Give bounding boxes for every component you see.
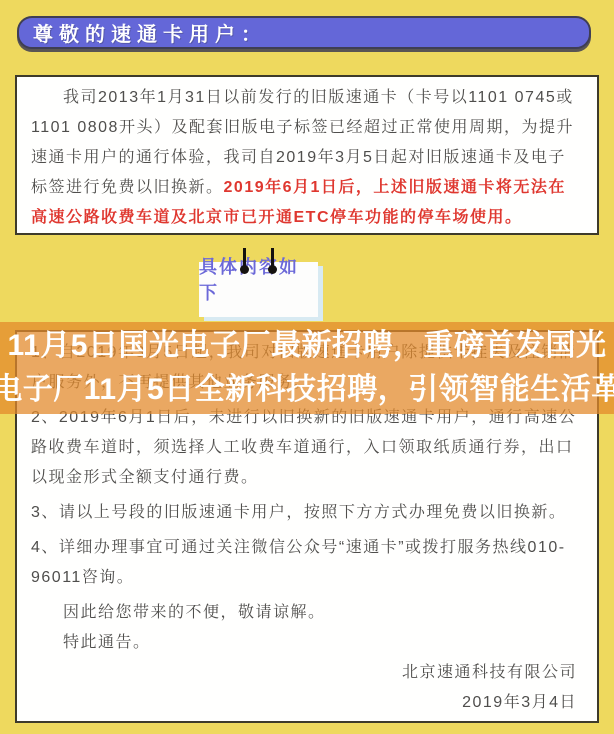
detail-item-4: 4、详细办理事宜可通过关注微信公众号“速通卡”或拨打服务热线010-96011咨…	[31, 533, 583, 593]
detail-item-2: 2、2019年6月1日后，未进行以旧换新的旧版速通卡用户，通行高速公路收费车道时…	[31, 403, 583, 493]
header-bar: 尊敬的速通卡用户：	[17, 16, 591, 49]
pin-icon	[271, 248, 274, 268]
overlay-banner: 11月5日国光电子厂最新招聘，重磅首发国光 电子厂11月5日全新科技招聘，引领智…	[0, 322, 614, 414]
intro-paragraph: 我司2013年1月31日以前发行的旧版速通卡（卡号以1101 0745或1101…	[31, 83, 583, 233]
signature-company: 北京速通科技有限公司	[31, 658, 583, 688]
closing-line: 特此通告。	[31, 628, 583, 658]
detail-item-3: 3、请以上号段的旧版速通卡用户，按照下方方式办理免费以旧换新。	[31, 498, 583, 528]
apology-line: 因此给您带来的不便，敬请谅解。	[31, 598, 583, 628]
pin-icon	[243, 248, 246, 268]
banner-line-1: 11月5日国光电子厂最新招聘，重磅首发国光	[8, 324, 607, 368]
signature-date: 2019年3月4日	[31, 688, 583, 718]
notice-poster: 尊敬的速通卡用户： 我司2013年1月31日以前发行的旧版速通卡（卡号以1101…	[0, 0, 614, 734]
details-note-tag: 具体内容如下	[199, 262, 318, 317]
intro-notice-box: 我司2013年1月31日以前发行的旧版速通卡（卡号以1101 0745或1101…	[15, 75, 599, 235]
note-tag-label: 具体内容如下	[199, 253, 318, 317]
header-title: 尊敬的速通卡用户：	[19, 18, 267, 47]
banner-line-2: 电子厂11月5日全新科技招聘，引领智能生活革	[0, 368, 614, 412]
